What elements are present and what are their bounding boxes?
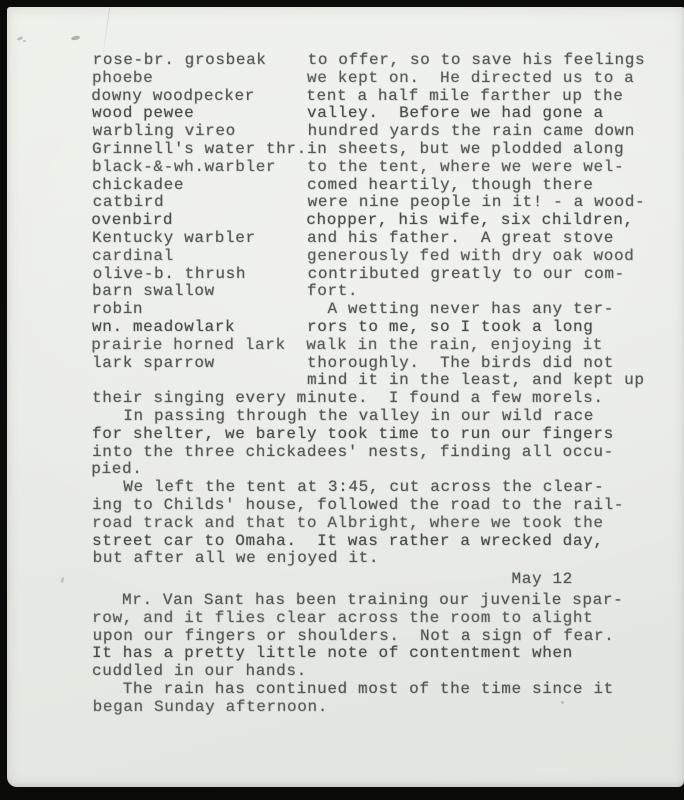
- journal-text: to offer, so to save his feelings: [308, 51, 646, 69]
- bird-list-entry: olive-b. thrush: [93, 266, 308, 284]
- bird-list-entry: phoebe: [92, 70, 307, 88]
- text-line: barn swallowfort.: [92, 283, 662, 301]
- text-line: black-&-wh.warblerto the tent, where we …: [92, 159, 662, 177]
- text-line: Mr. Van Sant has been training our juven…: [91, 592, 661, 610]
- bird-list-entry: wood pewee: [92, 105, 307, 123]
- text-line: chickadeecomed heartily, though there: [92, 177, 662, 195]
- bird-list-entry: lark sparrow: [92, 355, 307, 373]
- text-line: for shelter, we barely took time to run …: [92, 426, 662, 444]
- journal-text: fort.: [307, 282, 358, 300]
- journal-text: walk in the rain, enjoying it: [306, 336, 603, 354]
- journal-text: tent a half mile farther up the: [306, 87, 623, 105]
- text-line: upon our fingers or shoulders. Not a sig…: [93, 628, 663, 646]
- bird-list-entry: Grinnell's water thr.: [92, 141, 307, 159]
- text-line: road track and that to Albright, where w…: [92, 515, 662, 533]
- scanned-page: rose-br. grosbeakto offer, so to save hi…: [7, 7, 684, 787]
- journal-text: we kept on. He directed us to a: [307, 69, 634, 87]
- journal-text: thoroughly. The birds did not: [307, 354, 614, 372]
- text-line: warbling vireohundred yards the rain cam…: [93, 123, 663, 141]
- text-line: street car to Omaha. It was rather a wre…: [92, 533, 662, 551]
- text-line: began Sunday afternoon.: [93, 699, 663, 717]
- journal-text: chopper, his wife, six children,: [306, 211, 633, 229]
- bird-list-entry: ovenbird: [91, 212, 306, 230]
- text-line: prairie horned larkwalk in the rain, enj…: [91, 337, 661, 355]
- journal-text: to the tent, where we were wel-: [307, 158, 624, 176]
- scanned-document-view: { "document": { "type": "typewritten-jou…: [0, 0, 684, 800]
- text-line: but after all we enjoyed it.: [93, 550, 663, 568]
- pencil-mark: [60, 577, 64, 584]
- text-line: pied.: [91, 461, 661, 479]
- text-line: their singing every minute. I found a fe…: [92, 390, 662, 408]
- bird-list-entry: barn swallow: [92, 283, 307, 301]
- text-line: olive-b. thrushcontributed greatly to ou…: [93, 266, 663, 284]
- journal-text: in sheets, but we plodded along: [307, 140, 624, 158]
- journal-text: mind it in the least, and kept up: [307, 371, 645, 389]
- text-line: catbirdwere nine people in it! - a wood-: [93, 194, 663, 212]
- bird-list-entry: downy woodpecker: [91, 88, 306, 106]
- text-line: wn. meadowlarkrors to me, so I took a lo…: [92, 319, 662, 337]
- bird-list-entry: black-&-wh.warbler: [92, 159, 307, 177]
- journal-text: valley. Before we had gone a: [307, 104, 604, 122]
- bird-list-entry: warbling vireo: [93, 123, 308, 141]
- text-line: row, and it flies clear across the room …: [92, 610, 662, 628]
- bird-list-entry: cardinal: [92, 248, 307, 266]
- text-line: We left the tent at 3:45, cut across the…: [93, 479, 663, 497]
- journal-text: comed heartily, though there: [307, 176, 593, 194]
- text-line: ovenbirdchopper, his wife, six children,: [91, 212, 661, 230]
- bird-list-entry: rose-br. grosbeak: [93, 52, 308, 70]
- text-line: downy woodpeckertent a half mile farther…: [91, 88, 661, 106]
- journal-text: A wetting never has any ter-: [307, 300, 614, 318]
- bird-list-entry: catbird: [93, 194, 308, 212]
- text-line: into the three chickadees' nests, findin…: [92, 444, 662, 462]
- journal-text: were nine people in it! - a wood-: [308, 193, 646, 211]
- text-line: mind it in the least, and kept up: [92, 372, 662, 390]
- journal-text: and his father. A great stove: [307, 229, 614, 247]
- bird-list-entry: robin: [92, 301, 307, 319]
- journal-text: generously fed with dry oak wood: [307, 247, 634, 265]
- text-line: The rain has continued most of the time …: [92, 681, 662, 699]
- text-line: rose-br. grosbeakto offer, so to save hi…: [93, 52, 663, 70]
- typewritten-text: rose-br. grosbeakto offer, so to save hi…: [92, 52, 662, 716]
- date-heading: May 12: [92, 571, 662, 589]
- text-line: It has a pretty little note of contentme…: [92, 645, 662, 663]
- bird-list-entry: chickadee: [92, 177, 307, 195]
- text-line: In passing through the valley in our wil…: [93, 408, 663, 426]
- text-line: robin A wetting never has any ter-: [92, 301, 662, 319]
- text-line: ing to Childs' house, followed the road …: [92, 497, 662, 515]
- journal-text: contributed greatly to our com-: [308, 265, 625, 283]
- text-line: Kentucky warblerand his father. A great …: [92, 230, 662, 248]
- bird-list-entry: prairie horned lark: [91, 337, 306, 355]
- text-line: Grinnell's water thr.in sheets, but we p…: [92, 141, 662, 159]
- bird-list-entry: Kentucky warbler: [92, 230, 307, 248]
- journal-text: rors to me, so I took a long: [307, 318, 593, 336]
- bird-list-entry: wn. meadowlark: [92, 319, 307, 337]
- journal-text: hundred yards the rain came down: [308, 122, 635, 140]
- text-line: cardinalgenerously fed with dry oak wood: [92, 248, 662, 266]
- pencil-mark: [23, 40, 26, 42]
- text-line: phoebewe kept on. He directed us to a: [92, 70, 662, 88]
- pencil-mark: [71, 35, 81, 41]
- text-line: lark sparrowthoroughly. The birds did no…: [92, 355, 662, 373]
- text-line: wood peweevalley. Before we had gone a: [92, 105, 662, 123]
- text-line: cuddled in our hands.: [92, 663, 662, 681]
